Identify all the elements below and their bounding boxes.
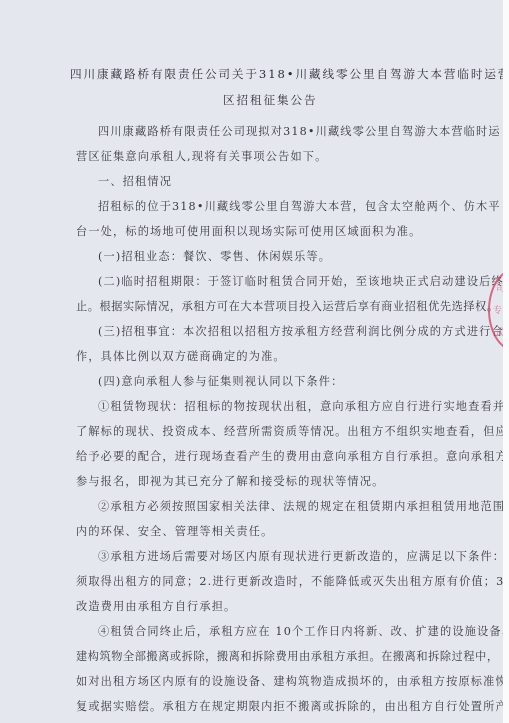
condition-3-line-2: 须取得出租方的同意；2.进行更新改造时，不能降低或灭失出租方原有价值；3. xyxy=(76,575,503,589)
document-title-line-2: 区招租征集公告 xyxy=(223,93,317,107)
condition-1-line-4: 参与报名，即视为其已充分了解和接受标的现状等情况。 xyxy=(76,475,384,489)
condition-1-line-2: 了解标的现状、投资成本、经营所需资质等情况。出租方不组织实地查看，但应 xyxy=(76,425,503,439)
condition-1-line-3: 给予必要的配合，进行现场查看产生的费用由意向承租方自行承担。意向承租方 xyxy=(76,450,503,464)
location-line-1: 招租标的位于318•川藏线零公里自驾游大本营，包含太空舱两个、仿木平 xyxy=(98,200,501,214)
scanned-page: 四川康藏路桥有限责任公司关于318•川藏线零公里自驾游大本营临时运营 区招租征集… xyxy=(0,0,503,723)
lease-term-line-2: 止。根据实际情况，承租方可在大本营项目投入运营后享有商业招租优先选择权。 xyxy=(76,300,499,314)
condition-3-line-3: 改造费用由承租方自行承担。 xyxy=(76,600,236,614)
seal-char-2: 专 xyxy=(493,306,502,316)
intro-line-2: 营区征集意向承租人,现将有关事项公告如下。 xyxy=(76,150,327,164)
condition-4-line-2: 建构筑物全部搬离或拆除，搬离和拆除费用由承租方承担。在搬离和拆除过程中， xyxy=(76,650,499,664)
intro-line-1: 四川康藏路桥有限责任公司现拟对318•川藏线零公里自驾游大本营临时运 xyxy=(98,125,501,139)
rental-matters-line-2: 作，具体比例以双方磋商确定的为准。 xyxy=(76,350,286,364)
condition-2-line-1: ②承租方必须按照国家相关法律、法规的规定在租赁期内承担租赁用地范围 xyxy=(98,500,503,514)
condition-1-line-1: ①租赁物现状：招租标的物按现状出租，意向承租方应自行进行实地查看并 xyxy=(98,400,503,414)
seal-char-3: 式 xyxy=(495,328,503,338)
document-title-line-1: 四川康藏路桥有限责任公司关于318•川藏线零公里自驾游大本营临时运营 xyxy=(70,67,503,81)
rental-matters-line-1: (三)招租事宜：本次招租以招租方按承租方经营利润比例分成的方式进行合 xyxy=(98,325,503,339)
business-type-line: (一)招租业态：餐饮、零售、休闲娱乐等。 xyxy=(98,250,331,264)
condition-4-line-1: ④租赁合同终止后，承租方应在 10个工作日内将新、改、扩建的设施设备、 xyxy=(98,625,503,639)
condition-4-line-3: 如对出租方场区内原有的设施设备、建构筑物造成损坏的，由承租方按原标准恢 xyxy=(76,675,503,689)
section-heading-rental-situation: 一、招租情况 xyxy=(98,175,172,189)
condition-2-line-2: 内的环保、安全、管理等相关责任。 xyxy=(76,525,273,539)
condition-3-line-1: ③承租方进场后需要对场区内原有现状进行更新改造的，应满足以下条件：1. xyxy=(98,550,503,564)
condition-4-line-4: 复或据实赔偿。承租方在规定期限内拒不搬离或拆除的，由出租方自行处置所产 xyxy=(76,700,503,714)
scan-right-edge xyxy=(503,0,509,723)
location-line-2: 台一处，标的场地可使用面积以现场实际可使用区域面积为准。 xyxy=(76,225,421,239)
seal-char-1: 司 xyxy=(496,284,503,294)
lease-term-line-1: (二)临时招租期限：于签订临时租赁合同开始，至该地块正式启动建设后终 xyxy=(98,275,503,289)
conditions-heading-line: (四)意向承租人参与征集则视认同以下条件： xyxy=(98,375,343,389)
